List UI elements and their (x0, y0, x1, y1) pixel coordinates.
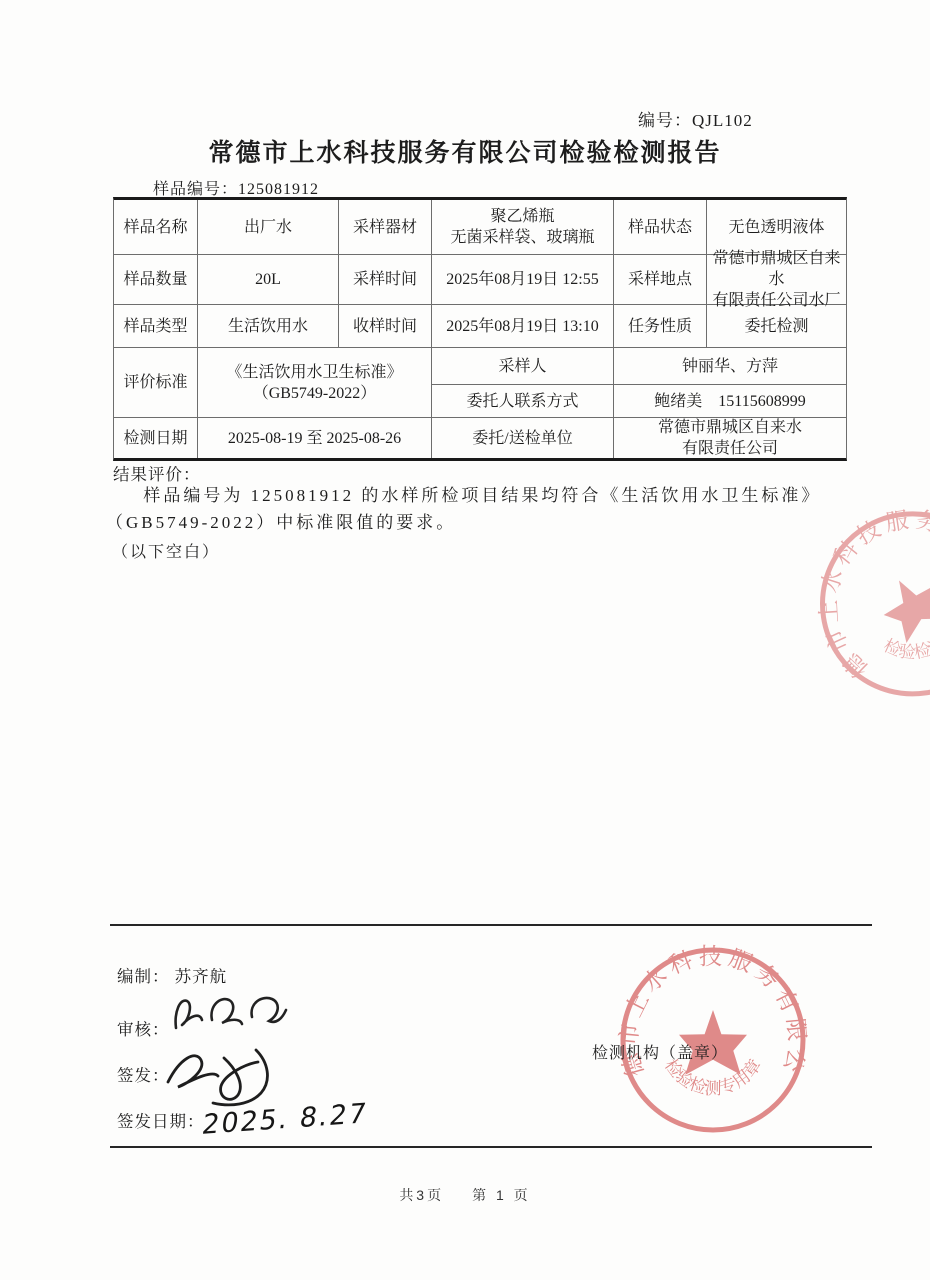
doc-number: 编号：QJL102 (638, 106, 753, 131)
reviewed-signature-handwriting (168, 990, 288, 1040)
reviewed-row: 审核： (117, 1016, 170, 1040)
sample-number-value: 125081912 (238, 181, 319, 198)
issue-date-row: 签发日期： (117, 1108, 205, 1132)
client-unit-value: 常德市鼎城区自来水 有限责任公司 (614, 418, 846, 458)
doc-number-label: 编号： (638, 111, 692, 130)
doc-number-value: QJL102 (692, 111, 753, 130)
sampling-time-value: 2025年08月19日 12:55 (432, 255, 614, 305)
receipt-time-label: 收样时间 (339, 305, 432, 348)
evaluation-standard-value: 《生活饮用水卫生标准》 （GB5749-2022） (198, 348, 432, 418)
sample-quantity-value: 20L (198, 255, 339, 305)
sampling-equipment-value: 聚乙烯瓶 无菌采样袋、玻璃瓶 (432, 200, 614, 255)
sample-name-label: 样品名称 (114, 200, 198, 255)
sample-info-table: 样品名称 出厂水 采样器材 聚乙烯瓶 无菌采样袋、玻璃瓶 样品状态 无色透明液体… (113, 197, 847, 461)
client-contact-value: 鲍绪美 15115608999 (614, 385, 846, 418)
prepared-name: 苏齐航 (175, 967, 228, 986)
testing-org-label: 检测机构（盖章） (592, 1040, 728, 1063)
sample-type-value: 生活饮用水 (198, 305, 339, 348)
prepared-label: 编制： (117, 967, 170, 986)
sample-name-value: 出厂水 (198, 200, 339, 255)
page-footer: 共3页 第 1 页 (0, 1185, 930, 1205)
result-evaluation-text: 样品编号为 125081912 的水样所检项目结果均符合《生活饮用水卫生标准》 … (106, 482, 854, 536)
report-page: 编号：QJL102 常德市上水科技服务有限公司检验检测报告 样品编号：12508… (0, 0, 930, 1280)
issue-date-label: 签发日期： (117, 1112, 205, 1131)
sample-number: 样品编号：125081912 (153, 176, 319, 199)
test-date-label: 检测日期 (114, 418, 198, 458)
receipt-time-value: 2025年08月19日 13:10 (432, 305, 614, 348)
reviewed-label: 审核： (117, 1020, 170, 1039)
sample-number-label: 样品编号： (153, 181, 238, 198)
signature-divider-bottom (110, 1146, 872, 1148)
total-pages: 共3页 (399, 1185, 444, 1205)
client-unit-label: 委托/送检单位 (432, 418, 614, 458)
sample-status-value: 无色透明液体 (707, 200, 846, 255)
report-title: 常德市上水科技服务有限公司检验检测报告 (0, 133, 930, 169)
sampler-value: 钟丽华、方萍 (614, 348, 846, 385)
issued-signature-handwriting (158, 1040, 288, 1110)
sample-type-label: 样品类型 (114, 305, 198, 348)
task-nature-value: 委托检测 (707, 305, 846, 348)
client-contact-label: 委托人联系方式 (432, 385, 614, 418)
sample-status-label: 样品状态 (614, 200, 707, 255)
blank-below-note: （以下空白） (112, 539, 220, 562)
signature-divider-top (110, 924, 872, 926)
sampling-time-label: 采样时间 (339, 255, 432, 305)
partial-seal-star-icon (873, 565, 930, 646)
sampling-location-label: 采样地点 (614, 255, 707, 305)
test-date-value: 2025-08-19 至 2025-08-26 (198, 418, 432, 458)
evaluation-standard-label: 评价标准 (114, 348, 198, 418)
sampler-label: 采样人 (432, 348, 614, 385)
company-seal-stamp: 常德市上水科技服务有限公司 检验检测专用章 (613, 939, 813, 1139)
sample-quantity-label: 样品数量 (114, 255, 198, 305)
current-page: 第 1 页 (472, 1185, 531, 1205)
sampling-location-value: 常德市鼎城区自来水 有限责任公司水厂 (707, 255, 846, 305)
task-nature-label: 任务性质 (614, 305, 707, 348)
prepared-row: 编制： 苏齐航 (117, 963, 227, 987)
sampling-equipment-label: 采样器材 (339, 200, 432, 255)
